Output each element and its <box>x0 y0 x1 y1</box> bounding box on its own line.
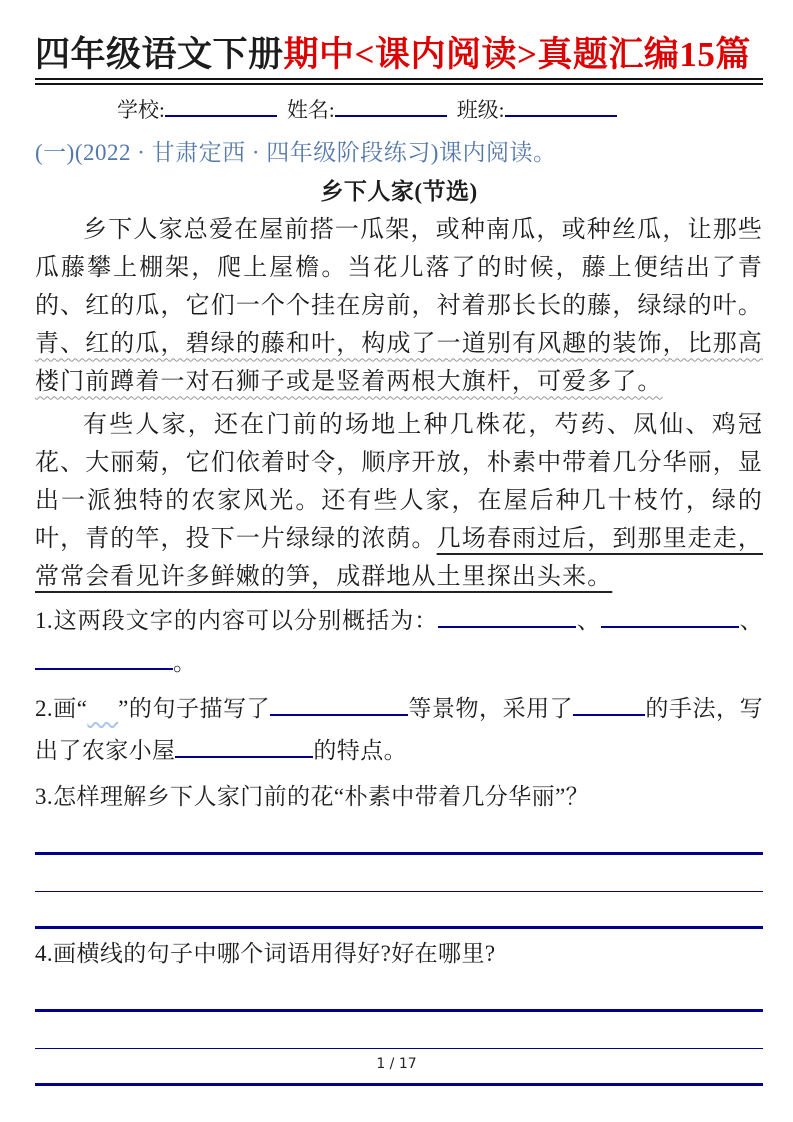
text-segment: 1.这两段文字的内容可以分别概括为： <box>35 608 438 633</box>
answer-line <box>35 1012 763 1049</box>
question-q3: 3.怎样理解乡下人家门前的花“朴素中带着几分华丽”？ <box>35 776 763 818</box>
student-info-row: 学校:姓名:班级: <box>35 95 763 125</box>
answer-lines-q3 <box>35 818 763 929</box>
text-segment: 2.画“ <box>35 696 87 721</box>
field-blank-line <box>505 96 617 117</box>
fill-in-blank <box>573 693 645 716</box>
student-info-field: 学校: <box>117 98 277 122</box>
title-topic-part: 期中<课内阅读>真题汇编15篇 <box>284 35 751 74</box>
worksheet-page: 四年级语文下册期中<课内阅读>真题汇编15篇 学校:姓名:班级: (一)(202… <box>0 0 793 1122</box>
student-info-field: 姓名: <box>287 98 447 122</box>
answer-line <box>35 892 763 929</box>
text-segment: ”的句子描写了 <box>118 696 270 721</box>
answer-line <box>35 855 763 892</box>
text-segment: 、 <box>576 608 601 633</box>
text-segment: 等景物，采用了 <box>408 696 573 721</box>
passage-paragraph: 有些人家，还在门前的场地上种几株花，芍药、凤仙、鸡冠花、大丽菊，它们依着时令，顺… <box>35 406 763 596</box>
page-number: 1 / 17 <box>0 1056 793 1072</box>
fill-in-blank <box>601 605 739 628</box>
question-q4: 4.画横线的句子中哪个词语用得好?好在哪里? <box>35 933 763 975</box>
wavy-underlined-text: 青、红的瓜，碧绿的藤和叶，构成了一道别有风趣的装饰，比那高楼门前蹲着一对石狮子或… <box>35 331 763 395</box>
text-segment: 、 <box>739 608 763 633</box>
text-segment: 乡下人家总爱在屋前搭一瓜架，或种南瓜，或种丝瓜，让那些瓜藤攀上棚架，爬上屋檐。当… <box>35 217 763 319</box>
question-q2: 2.画“ ”的句子描写了等景物，采用了的手法，写出了农家小屋的特点。 <box>35 688 763 772</box>
text-segment: 的特点。 <box>313 738 407 763</box>
passage-title: 乡下人家(节选) <box>35 173 763 206</box>
text-segment: 4.画横线的句子中哪个词语用得好?好在哪里? <box>35 941 495 966</box>
field-label: 班级: <box>457 98 505 122</box>
passage-body: 乡下人家总爱在屋前搭一瓜架，或种南瓜，或种丝瓜，让那些瓜藤攀上棚架，爬上屋檐。当… <box>35 211 763 596</box>
field-blank-line <box>335 96 447 117</box>
fill-in-blank <box>175 735 313 758</box>
field-label: 学校: <box>117 98 165 122</box>
field-label: 姓名: <box>287 98 335 122</box>
fill-in-blank <box>270 693 408 716</box>
answer-line <box>35 975 763 1012</box>
text-segment: 3.怎样理解乡下人家门前的花“朴素中带着几分华丽”？ <box>35 784 589 809</box>
passage-paragraph: 乡下人家总爱在屋前搭一瓜架，或种南瓜，或种丝瓜，让那些瓜藤攀上棚架，爬上屋檐。当… <box>35 211 763 401</box>
question-q1: 1.这两段文字的内容可以分别概括为：、、。 <box>35 600 763 684</box>
title-divider-rule <box>35 78 763 85</box>
wavy-line-placeholder <box>87 688 118 730</box>
question-list: 1.这两段文字的内容可以分别概括为：、、。2.画“ ”的句子描写了等景物，采用了… <box>35 600 763 1086</box>
field-blank-line <box>165 96 277 117</box>
fill-in-blank <box>438 605 576 628</box>
page-title: 四年级语文下册期中<课内阅读>真题汇编15篇 <box>35 34 763 75</box>
title-course-part: 四年级语文下册 <box>35 35 284 74</box>
student-info-field: 班级: <box>457 98 617 122</box>
text-segment: 。 <box>173 650 196 675</box>
answer-line <box>35 818 763 855</box>
section-heading: (一)(2022 · 甘肃定西 · 四年级阶段练习)课内阅读。 <box>35 134 763 167</box>
fill-in-blank <box>35 647 173 670</box>
